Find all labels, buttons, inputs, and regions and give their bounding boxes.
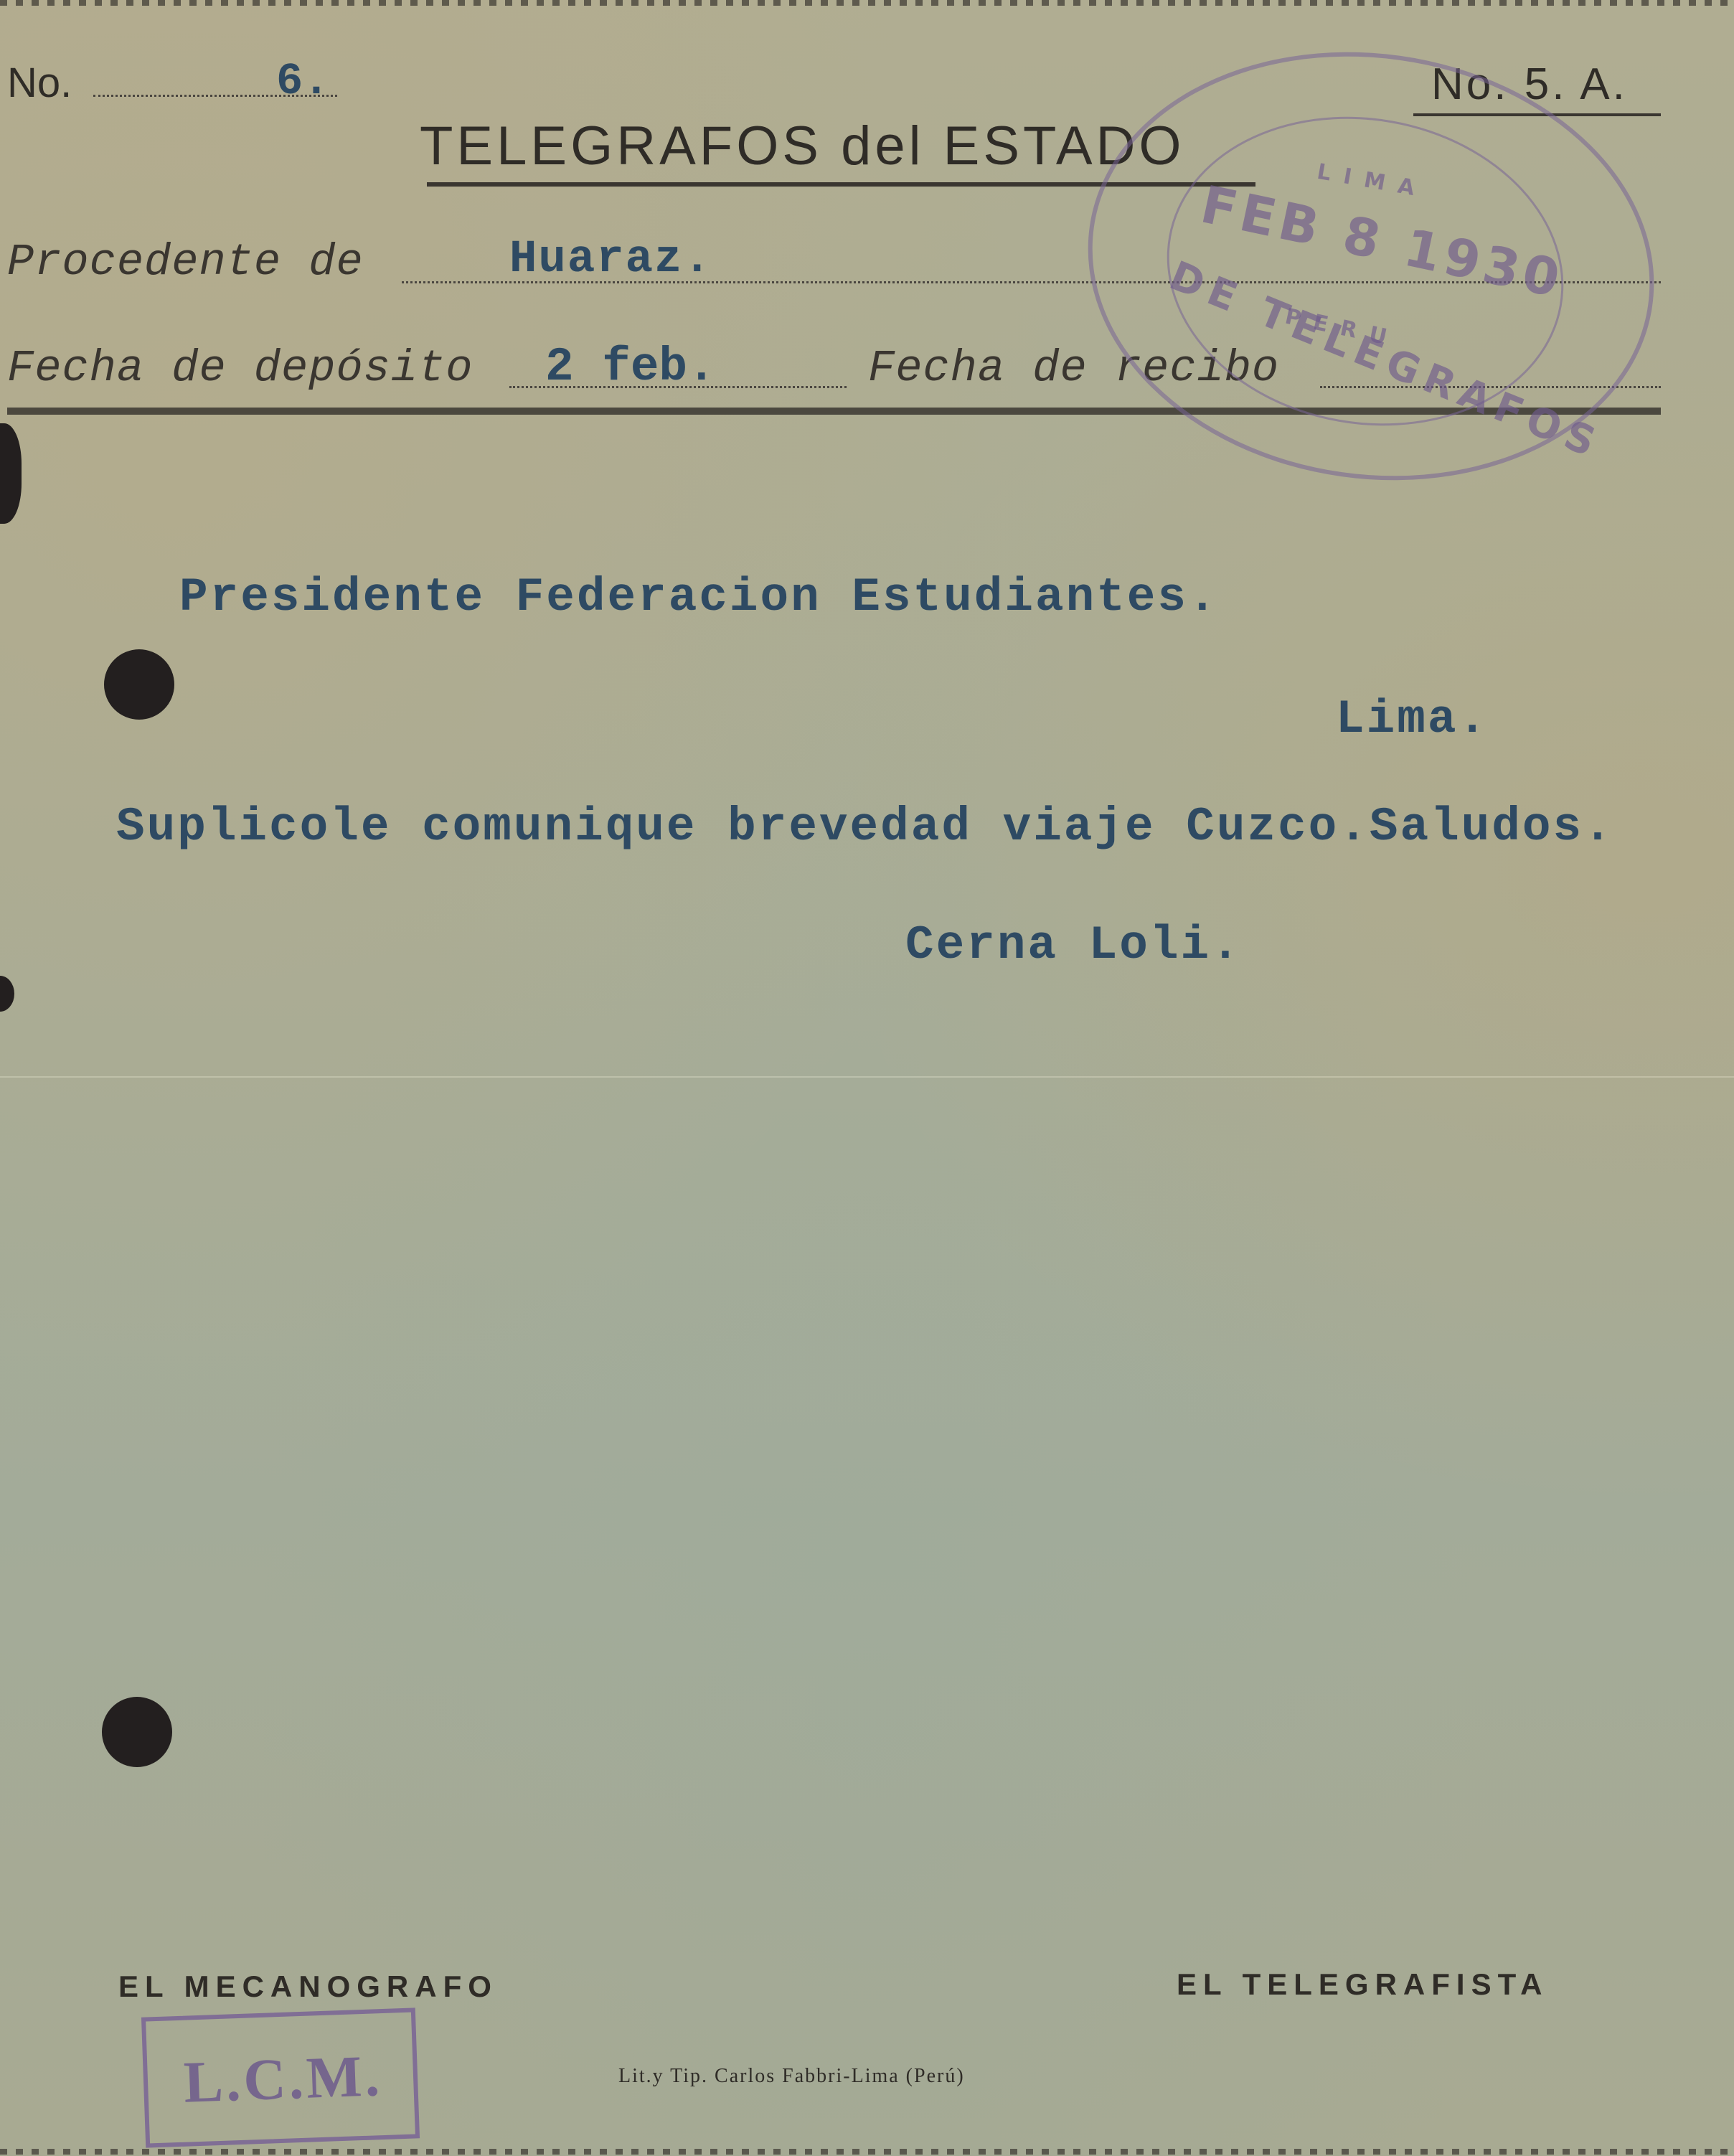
telegrapher-label: EL TELEGRAFISTA	[1177, 1967, 1548, 2002]
number-label: No.	[7, 59, 72, 107]
message-destination: Lima.	[1336, 692, 1489, 746]
page-title: TELEGRAFOS del ESTADO	[420, 115, 1185, 177]
fold-line	[0, 1076, 1734, 1078]
typist-label: EL MECANOGRAFO	[118, 1969, 498, 2004]
origin-label: Procedente de	[7, 237, 364, 288]
deposit-date-label: Fecha de depósito	[7, 343, 473, 394]
message-addressee: Presidente Federacion Estudiantes.	[179, 570, 1219, 624]
initials-stamp-text: L.C.M.	[183, 2042, 384, 2117]
initials-stamp-box: L.C.M.	[141, 2007, 420, 2147]
message-body: Suplicole comunique brevedad viaje Cuzco…	[116, 800, 1614, 854]
punch-hole-top	[104, 649, 174, 720]
edge-hole-left-top	[0, 423, 22, 524]
printer-imprint: Lit.y Tip. Carlos Fabbri-Lima (Perú)	[618, 2065, 965, 2088]
perforated-edge-bottom	[0, 2149, 1734, 2155]
perforated-edge-top	[0, 0, 1734, 6]
message-signature: Cerna Loli.	[905, 918, 1242, 972]
deposit-date-value[interactable]: 2 feb.	[545, 340, 716, 394]
number-value: 6.	[276, 56, 329, 107]
edge-hole-left-mid	[0, 976, 14, 1012]
punch-hole-bottom	[102, 1697, 172, 1767]
origin-value[interactable]: Huaraz.	[509, 234, 712, 286]
